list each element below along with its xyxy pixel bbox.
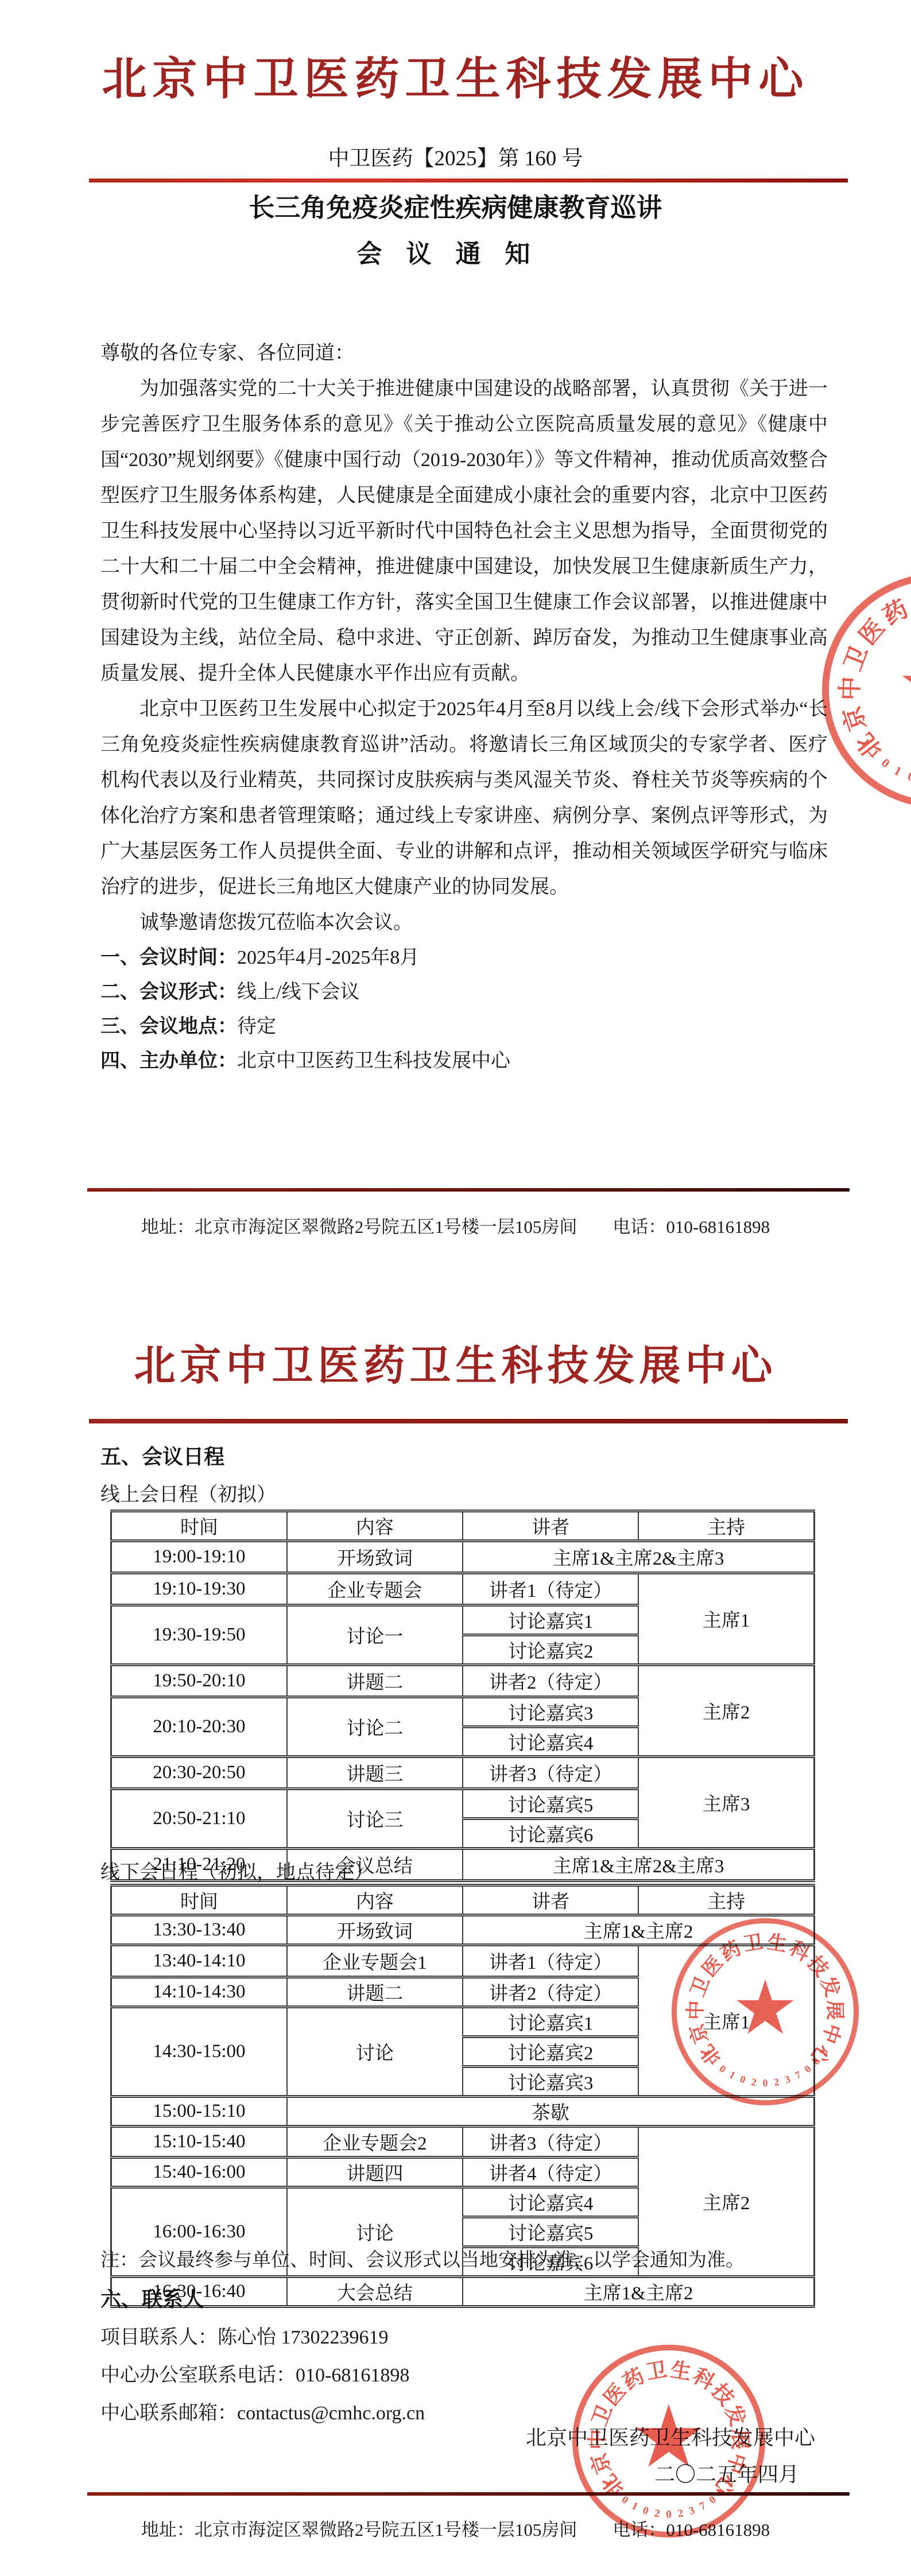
- cell-time: 19:00-19:10: [111, 1541, 287, 1573]
- schedule-note: 注：会议最终参与单位、时间、会议形式以当地安排为准，以学会通知为准。: [100, 2248, 828, 2273]
- meeting-info-organizer: 四、主办单位：北京中卫医药卫生科技发展中心: [100, 1044, 828, 1078]
- org-title-page1: 北京中卫医药卫生科技发展中心: [0, 53, 911, 106]
- col-header-content: 内容: [287, 1511, 463, 1541]
- footer-address-page1: 地址：北京市海淀区翠微路2号院五区1号楼一层105房间 电话：010-68161…: [0, 1212, 911, 1238]
- cell-speaker: 讲者3（待定）: [463, 2127, 638, 2158]
- cell-time: 13:40-14:10: [111, 1945, 287, 1977]
- meeting-info-location-value: 待定: [237, 1016, 276, 1037]
- cell-chairs: 主席1&主席2: [463, 2277, 815, 2307]
- cell-guest: 讨论嘉宾1: [463, 2007, 638, 2037]
- cell-guest: 讨论嘉宾4: [463, 2187, 638, 2217]
- cell-guest: 讨论嘉宾3: [463, 2067, 638, 2097]
- header-divider-line-page2: [89, 1419, 848, 1423]
- cell-time: 15:10-15:40: [111, 2127, 287, 2158]
- cell-guest: 讨论嘉宾1: [463, 1605, 638, 1635]
- cell-speaker: 讲者1（待定）: [463, 1573, 638, 1605]
- cell-guest: 讨论嘉宾5: [463, 2217, 638, 2247]
- col-header-speaker: 讲者: [463, 1886, 638, 1915]
- cell-guest: 讨论嘉宾2: [463, 1635, 638, 1665]
- table-row: 19:00-19:10 开场致词 主席1&主席2&主席3: [111, 1541, 815, 1573]
- cell-time: 15:00-15:10: [111, 2097, 287, 2127]
- notice-title: 会议通知: [0, 240, 911, 269]
- cell-speaker: 讲者2（待定）: [463, 1665, 638, 1697]
- cell-guest: 讨论嘉宾2: [463, 2037, 638, 2067]
- official-seal-page1-edge-icon: 北京中卫医药卫生科技发展中心 1101020237002 ★: [822, 573, 911, 808]
- cell-time: 15:40-16:00: [111, 2158, 287, 2187]
- cell-time: 19:10-19:30: [111, 1573, 287, 1605]
- table-row: 19:50-20:10 讲题二 讲者2（待定） 主席2: [111, 1665, 815, 1697]
- cell-content: 企业专题会: [287, 1573, 463, 1605]
- cell-content: 大会总结: [287, 2277, 463, 2307]
- cell-host: 主席2: [638, 1665, 814, 1757]
- org-title-page2: 北京中卫医药卫生科技发展中心: [0, 1341, 911, 1391]
- notice-body: 尊敬的各位专家、各位同道： 为加强落实党的二十大关于推进健康中国建设的战略部署，…: [100, 336, 828, 1078]
- cell-content: 讲题三: [287, 1757, 463, 1789]
- cell-guest: 讨论嘉宾3: [463, 1697, 638, 1727]
- seal-star-icon: ★: [732, 1972, 799, 2046]
- cell-time: 20:50-21:10: [111, 1789, 287, 1849]
- meeting-info-time-value: 2025年4月-2025年8月: [237, 947, 419, 968]
- cell-time: 19:50-20:10: [111, 1665, 287, 1697]
- meeting-info-organizer-label: 四、主办单位：: [100, 1050, 237, 1072]
- col-header-content: 内容: [287, 1886, 463, 1915]
- cell-host: 主席3: [638, 1757, 814, 1849]
- table-row: 16:30-16:40 大会总结 主席1&主席2: [111, 2277, 815, 2307]
- cell-guest: 讨论嘉宾5: [463, 1789, 638, 1819]
- cell-time: 20:30-20:50: [111, 1757, 287, 1789]
- cell-host: 主席1: [638, 1573, 814, 1665]
- cell-content: 讨论二: [287, 1697, 463, 1757]
- footer-address-page2: 地址：北京市海淀区翠微路2号院五区1号楼一层105房间 电话：010-68161…: [0, 2515, 911, 2541]
- cell-speaker: 讲者2（待定）: [463, 1977, 638, 2007]
- table-header-row: 时间 内容 讲者 主持: [111, 1886, 815, 1915]
- table-row: 19:10-19:30 企业专题会 讲者1（待定） 主席1: [111, 1573, 815, 1605]
- cell-chairs: 主席1&主席2&主席3: [463, 1849, 815, 1881]
- cell-content: 讨论: [287, 2007, 463, 2097]
- online-schedule-heading: 线上会日程（初拟）: [100, 1479, 276, 1507]
- col-header-time: 时间: [111, 1511, 287, 1541]
- meeting-info-format-value: 线上/线下会议: [237, 981, 359, 1003]
- cell-content: 企业专题会2: [287, 2127, 463, 2158]
- meeting-info-time: 一、会议时间：2025年4月-2025年8月: [100, 941, 828, 975]
- meeting-info-location-label: 三、会议地点：: [100, 1016, 237, 1037]
- cell-chairs: 主席1&主席2&主席3: [463, 1541, 815, 1573]
- cell-content: 企业专题会1: [287, 1945, 463, 1977]
- cell-content: 讨论一: [287, 1605, 463, 1665]
- cell-speaker: 讲者4（待定）: [463, 2158, 638, 2187]
- event-title: 长三角免疫炎症性疾病健康教育巡讲: [0, 193, 911, 223]
- cell-content: 讨论三: [287, 1789, 463, 1849]
- cell-guest: 讨论嘉宾6: [463, 1819, 638, 1849]
- meeting-info-format-label: 二、会议形式：: [100, 981, 237, 1003]
- cell-break: 茶歇: [287, 2097, 815, 2127]
- footer-divider-line-page1: [87, 1188, 850, 1192]
- cell-content: 开场致词: [287, 1915, 463, 1945]
- cell-content: 讲题二: [287, 1665, 463, 1697]
- official-seal-signature-icon: 北京中卫医药卫生科技发展中心 1101020237002 ★: [572, 2345, 765, 2538]
- seal-star-icon: ★: [630, 2395, 707, 2481]
- offline-schedule-heading: 线下会日程（初拟，地点待定）: [100, 1856, 374, 1884]
- cell-speaker: 讲者1（待定）: [463, 1945, 638, 1977]
- col-header-time: 时间: [111, 1886, 287, 1915]
- document-number: 中卫医药【2025】第 160 号: [0, 147, 911, 171]
- official-seal-table-icon: 北京中卫医药卫生科技发展中心 1101020237002 ★: [672, 1918, 859, 2105]
- cell-time: 14:10-14:30: [111, 1977, 287, 2007]
- section-agenda-heading: 五、会议日程: [100, 1441, 224, 1470]
- table-row: 20:30-20:50 讲题三 讲者3（待定） 主席3: [111, 1757, 815, 1789]
- meeting-info-location: 三、会议地点：待定: [100, 1010, 828, 1044]
- meeting-info-organizer-value: 北京中卫医药卫生科技发展中心: [237, 1050, 510, 1072]
- salutation: 尊敬的各位专家、各位同道：: [100, 336, 828, 371]
- online-schedule-table: 时间 内容 讲者 主持 19:00-19:10 开场致词 主席1&主席2&主席3…: [110, 1510, 815, 1882]
- cell-time: 13:30-13:40: [111, 1915, 287, 1945]
- body-paragraph-1: 为加强落实党的二十大关于推进健康中国建设的战略部署，认真贯彻《关于进一步完善医疗…: [100, 371, 828, 692]
- header-divider-line-page1: [89, 179, 848, 183]
- scanned-meeting-notice: 北京中卫医药卫生科技发展中心 中卫医药【2025】第 160 号 长三角免疫炎症…: [0, 0, 911, 2576]
- table-header-row: 时间 内容 讲者 主持: [111, 1511, 815, 1541]
- cell-speaker: 讲者3（待定）: [463, 1757, 638, 1789]
- cell-content: 讲题二: [287, 1977, 463, 2007]
- cell-guest: 讨论嘉宾4: [463, 1727, 638, 1757]
- col-header-speaker: 讲者: [463, 1511, 638, 1541]
- cell-content: 开场致词: [287, 1541, 463, 1573]
- col-header-host: 主持: [638, 1886, 814, 1915]
- meeting-info-format: 二、会议形式：线上/线下会议: [100, 975, 828, 1010]
- col-header-host: 主持: [638, 1511, 814, 1541]
- section-contacts-heading: 六、联系人: [100, 2283, 204, 2313]
- table-row: 15:00-15:10 茶歇: [111, 2097, 815, 2127]
- meeting-info-time-label: 一、会议时间：: [100, 947, 237, 968]
- cell-time: 20:10-20:30: [111, 1697, 287, 1757]
- cell-time: 14:30-15:00: [111, 2007, 287, 2097]
- cell-content: 讲题四: [287, 2158, 463, 2187]
- body-paragraph-2: 北京中卫医药卫生发展中心拟定于2025年4月至8月以线上会/线下会形式举办“长三…: [100, 692, 828, 905]
- cell-time: 19:30-19:50: [111, 1605, 287, 1665]
- table-row: 15:10-15:40 企业专题会2 讲者3（待定） 主席2: [111, 2127, 815, 2158]
- seal-star-icon: ★: [896, 638, 911, 735]
- body-paragraph-3: 诚挚邀请您拨冗莅临本次会议。: [100, 905, 828, 941]
